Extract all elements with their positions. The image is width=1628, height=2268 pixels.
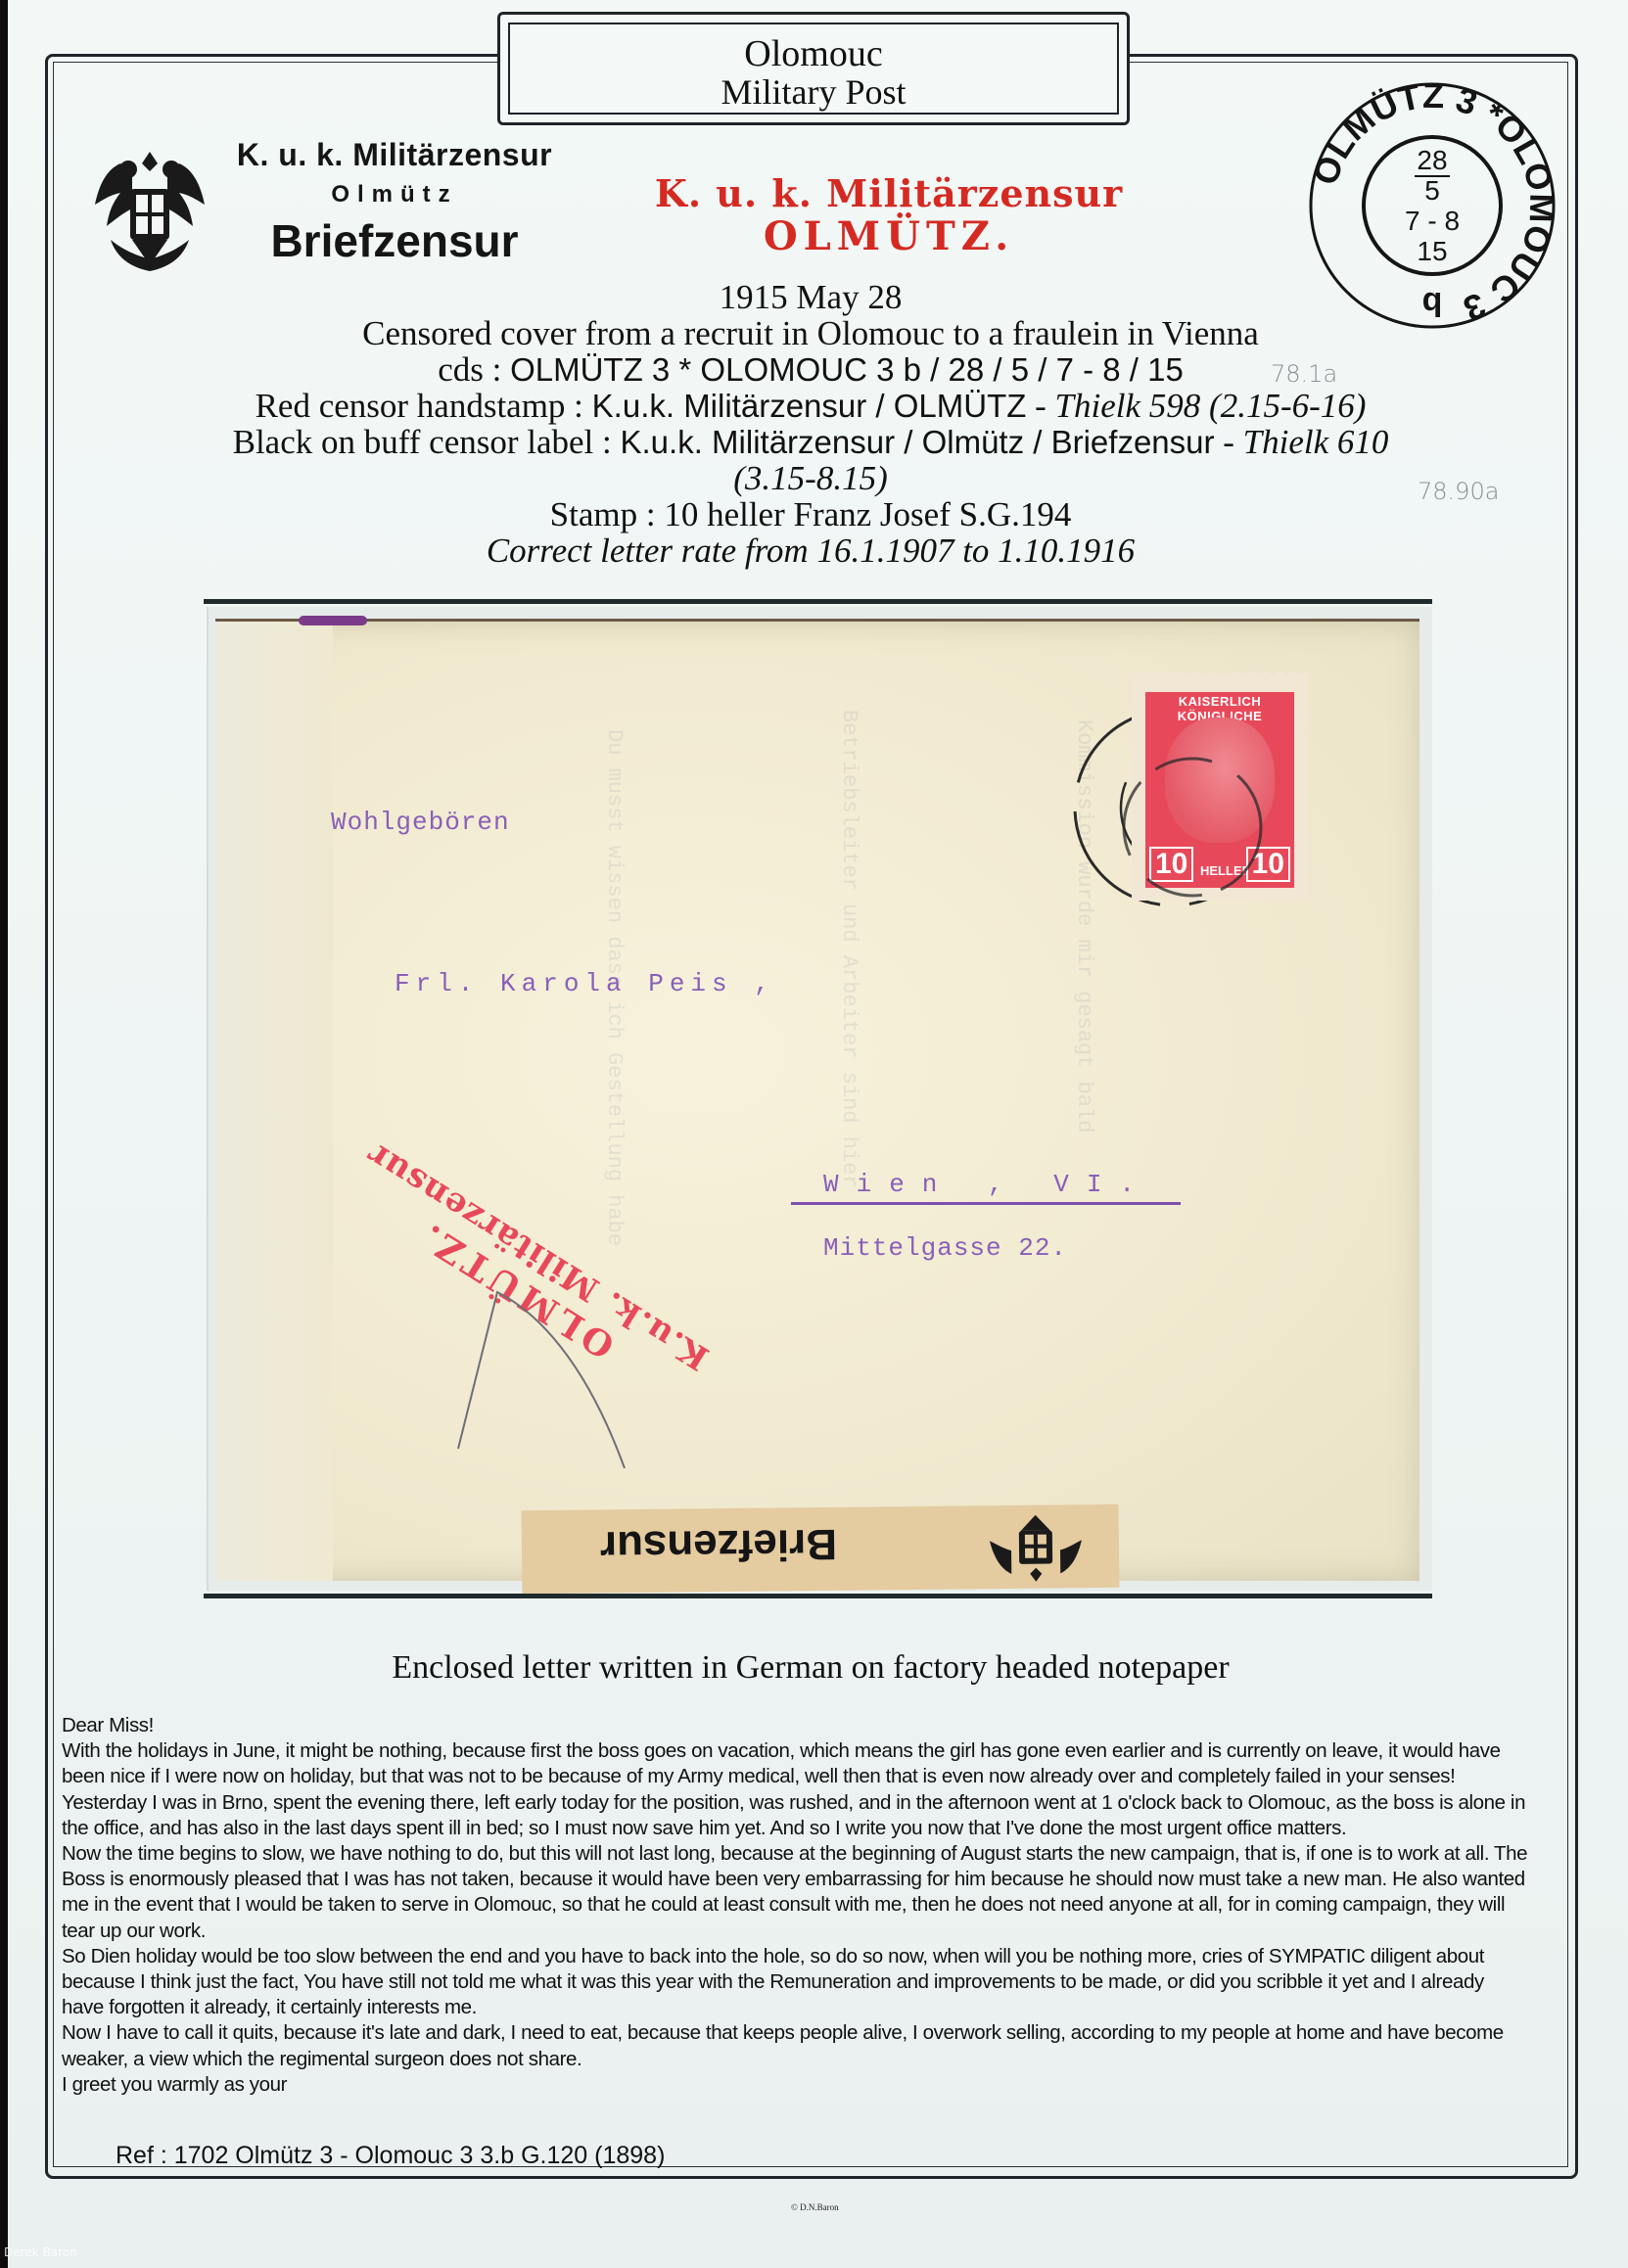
pencil-note-cds: 78.1a [1271, 360, 1337, 388]
copyright-notice: © D.N.Baron [791, 2202, 839, 2212]
letter-paragraph: With the holidays in June, it might be n… [62, 1738, 1530, 1841]
black-censor-line2: Olmütz [233, 181, 556, 208]
red-handstamp-label: Red censor handstamp : [256, 387, 592, 425]
red-handstamp-line: Red censor handstamp : K.u.k. Militärzen… [67, 388, 1555, 424]
cds-day: 28 [1417, 145, 1447, 175]
cds-month: 5 [1424, 175, 1440, 206]
red-censor-illustration: K. u. k. Militärzensur OLMÜTZ. [595, 171, 1183, 259]
page-subtitle: Military Post [510, 73, 1117, 111]
double-eagle-icon [81, 142, 218, 279]
page-title: Olomouc [510, 34, 1117, 73]
red-handstamp-value: K.u.k. Militärzensur / OLMÜTZ [592, 388, 1027, 424]
addressee-text: Frl. Karola Peis , [395, 969, 775, 998]
mount-top-line [204, 599, 1432, 604]
ink-smudge [299, 616, 367, 625]
envelope-flap [215, 622, 333, 1581]
letter-paragraph: I greet you warmly as your [62, 2072, 1530, 2098]
black-label-ref: - Thielk 610 [1215, 423, 1389, 461]
reference-line: Ref : 1702 Olmütz 3 - Olomouc 3 3.b G.12… [116, 2142, 665, 2170]
letter-heading: Enclosed letter written in German on fac… [67, 1649, 1555, 1687]
watermark: Derek Baron [4, 2245, 77, 2259]
pencil-note-label: 78.90a [1418, 478, 1499, 505]
red-censor-line2: OLMÜTZ. [595, 213, 1183, 259]
cover-summary: Censored cover from a recruit in Olomouc… [67, 315, 1555, 351]
pencil-mark-icon [439, 1273, 654, 1468]
rate-line: Correct letter rate from 16.1.1907 to 1.… [67, 532, 1555, 569]
mount-bottom-line [204, 1594, 1432, 1598]
salutation-text: Wohlgebören [331, 808, 510, 837]
red-handstamp-ref: - Thielk 598 (2.15-6-16) [1026, 387, 1366, 425]
cover-date: 1915 May 28 [67, 279, 1555, 315]
title-box: Olomouc Military Post [497, 12, 1130, 125]
letter-paragraph: Now I have to call it quits, because it'… [62, 2020, 1530, 2071]
double-eagle-icon [982, 1512, 1091, 1587]
black-label-label: Black on buff censor label : [233, 423, 621, 461]
buff-censor-label: Briefzensur [522, 1504, 1120, 1594]
cds-value: OLMÜTZ 3 * OLOMOUC 3 b / 28 / 5 / 7 - 8 … [510, 351, 1184, 388]
show-through-text: Betriebsleiter und Arbeiter sind hier [822, 710, 875, 1395]
red-censor-line1: K. u. k. Militärzensur [595, 171, 1183, 215]
stamp-line: Stamp : 10 heller Franz Josef S.G.194 [67, 496, 1555, 532]
buff-label-text: Briefzensur [600, 1519, 838, 1571]
description-block: 1915 May 28 Censored cover from a recrui… [67, 279, 1555, 569]
letter-translation: Dear Miss! With the holidays in June, it… [62, 1713, 1530, 2098]
city-text: Wien , VI. [823, 1170, 1152, 1199]
city-underline [791, 1202, 1181, 1205]
cds-year: 15 [1417, 236, 1447, 266]
black-censor-label-illustration: K. u. k. Militärzensur Olmütz Briefzensu… [233, 137, 556, 267]
black-label-dates: (3.15-8.15) [67, 460, 1555, 496]
letter-paragraph: So Dien holiday would be too slow betwee… [62, 1944, 1530, 2021]
cds-overstrike-icon [1085, 744, 1280, 920]
black-censor-line3: Briefzensur [233, 214, 556, 267]
cds-hours: 7 - 8 [1405, 206, 1460, 236]
street-text: Mittelgasse 22. [823, 1233, 1067, 1263]
letter-paragraph: Now the time begins to slow, we have not… [62, 1841, 1530, 1944]
black-label-value: K.u.k. Militärzensur / Olmütz / Briefzen… [621, 424, 1215, 460]
cds-label: cds : [438, 350, 510, 389]
black-censor-line1: K. u. k. Militärzensur [233, 137, 556, 173]
album-page: Olomouc Military Post K. u. k. Militärze… [8, 0, 1628, 2268]
letter-paragraph: Dear Miss! [62, 1713, 1530, 1738]
black-label-line: Black on buff censor label : K.u.k. Mili… [67, 424, 1555, 460]
